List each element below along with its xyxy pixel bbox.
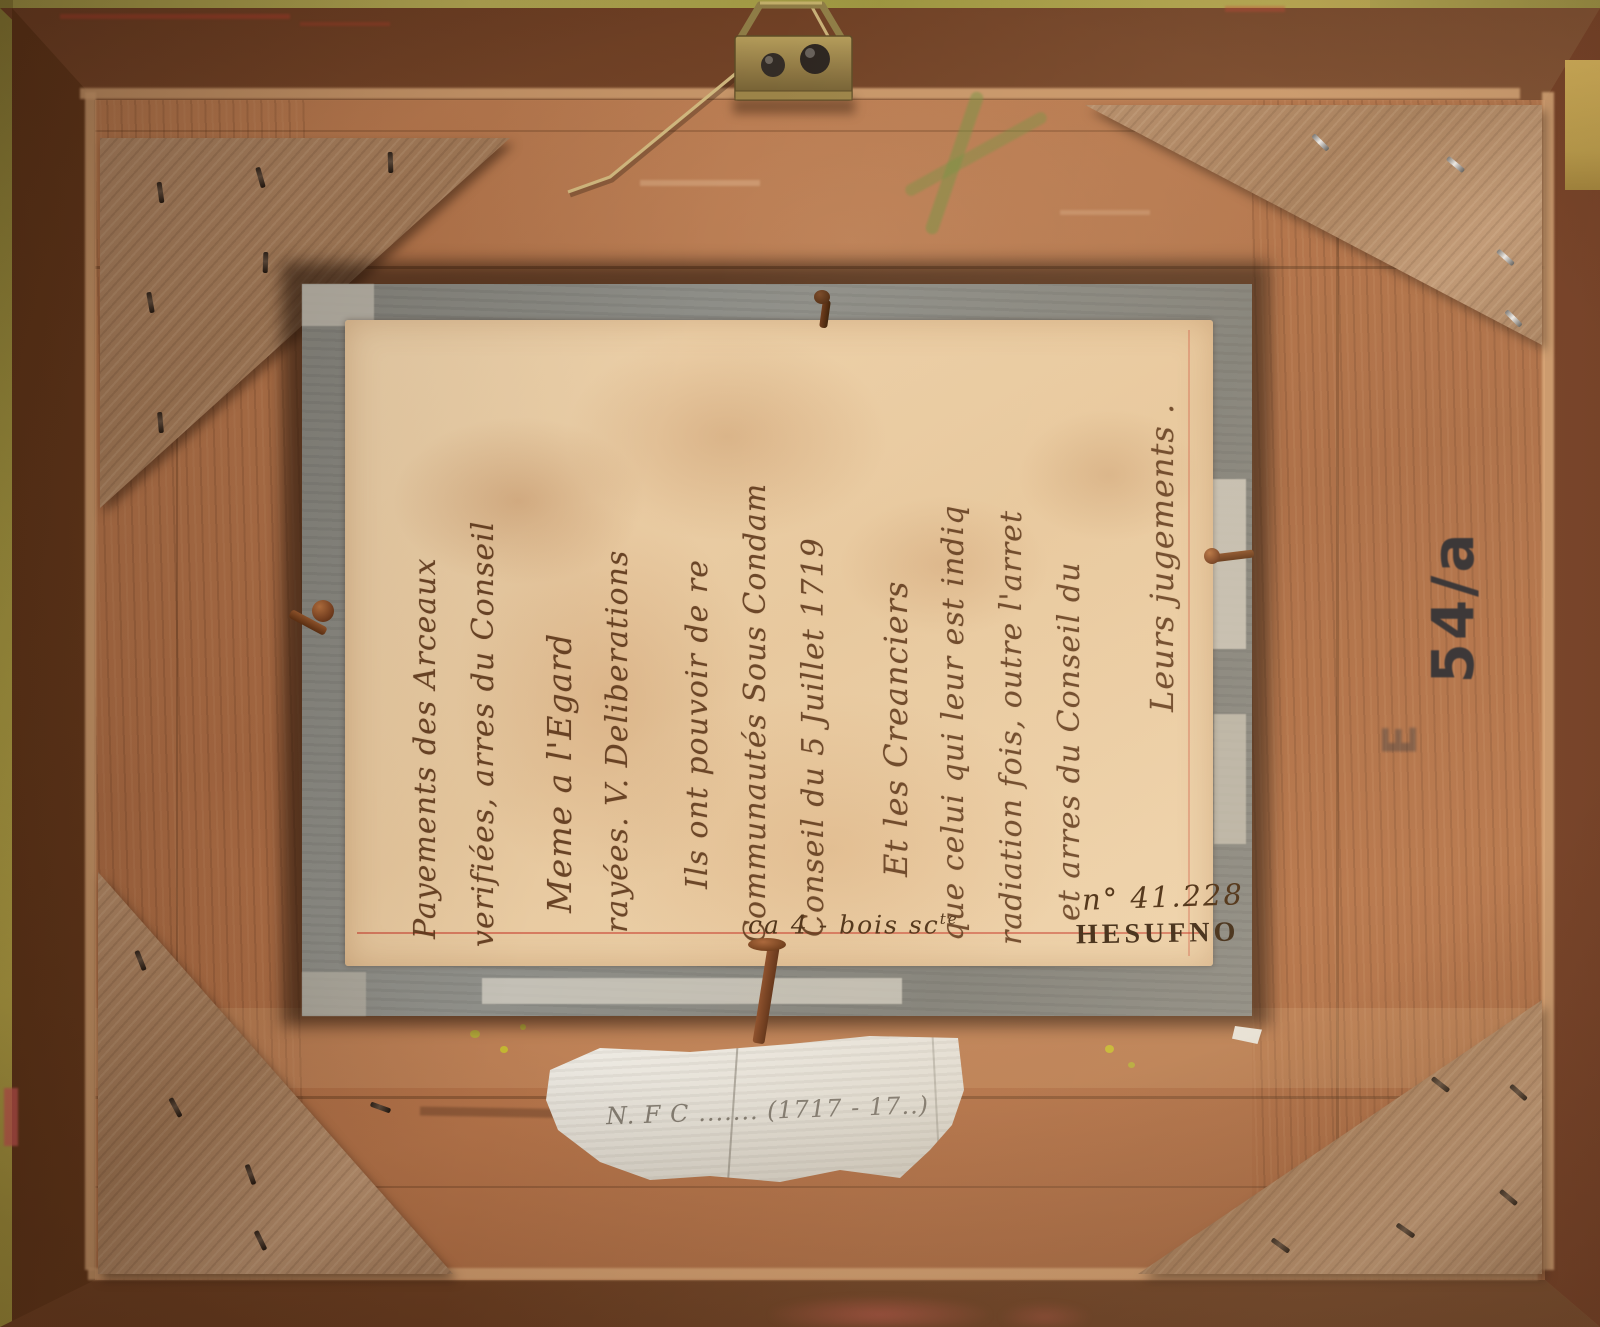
manuscript-line: Leurs jugements . bbox=[1136, 337, 1188, 712]
bevel-highlight-left bbox=[85, 92, 96, 1270]
bevel-highlight-right bbox=[1542, 92, 1554, 1270]
staple bbox=[388, 152, 394, 173]
note-superscript: te bbox=[940, 910, 959, 928]
mat-damage-patch bbox=[482, 978, 902, 1004]
nail-right bbox=[1204, 548, 1220, 564]
marker-inscription-number: 54/a bbox=[1393, 507, 1513, 707]
manuscript-line: que celui qui leur est indiq bbox=[928, 337, 980, 941]
moss-fleck bbox=[1128, 1062, 1135, 1068]
staple bbox=[263, 252, 269, 273]
hanger-screw-highlight bbox=[805, 48, 815, 58]
collection-stamp: HESUFNO bbox=[1076, 917, 1240, 952]
paint-smudge-red bbox=[770, 1296, 990, 1327]
label-inscription: N. F C ....... (1717 - 17..) bbox=[606, 1090, 967, 1131]
manuscript-line: verifiées, arres du Conseil bbox=[458, 337, 510, 947]
mounted-artwork-back: Payements des Arceaux verifiées, arres d… bbox=[292, 272, 1264, 1016]
nail-left bbox=[312, 600, 334, 622]
mat-damage-patch bbox=[302, 972, 366, 1016]
hanger-plate bbox=[735, 36, 852, 100]
nail-bottom bbox=[748, 938, 786, 951]
mat-damage-patch bbox=[1214, 714, 1246, 844]
red-paint-trace bbox=[1225, 6, 1285, 12]
manuscript-line: Et les Creanciers bbox=[870, 337, 922, 877]
manuscript-text: Payements des Arceaux verifiées, arres d… bbox=[400, 337, 1200, 947]
manuscript-line: Communautés Sous Condam bbox=[730, 337, 782, 943]
manuscript-line: et arres du Conseil du bbox=[1044, 337, 1096, 921]
red-paint-trace bbox=[60, 14, 290, 19]
picture-frame-back-photo: Payements des Arceaux verifiées, arres d… bbox=[0, 0, 1600, 1327]
inventory-number: n° 41.228 bbox=[1081, 877, 1244, 917]
manuscript-line: rayées. V. Deliberations bbox=[592, 337, 644, 933]
red-paint-trace bbox=[300, 22, 390, 26]
corner-brace-surface bbox=[1138, 1000, 1542, 1274]
gilt-patch bbox=[1565, 60, 1600, 190]
paint-smudge-pink bbox=[4, 1088, 18, 1146]
gilt-fleck bbox=[1290, 0, 1370, 8]
moss-fleck bbox=[470, 1030, 480, 1038]
hanger-screw-highlight bbox=[765, 56, 773, 64]
hanger-plate-foot bbox=[735, 91, 852, 100]
manuscript-line: Meme a l'Egard bbox=[534, 337, 586, 913]
hanger-screw bbox=[800, 44, 830, 74]
hanger-screw bbox=[761, 53, 785, 77]
paint-smudge-red bbox=[1000, 1302, 1090, 1327]
hanging-hardware bbox=[560, 0, 1040, 225]
nail-top bbox=[814, 290, 830, 304]
marker-inscription-letter: E bbox=[1365, 695, 1435, 785]
manuscript-line: radiation fois, outre l'arret bbox=[986, 337, 1038, 945]
hanging-wire bbox=[568, 70, 740, 192]
moss-fleck bbox=[1105, 1045, 1114, 1053]
handwritten-note-bottom: ca 4 - bois scte bbox=[748, 910, 959, 939]
moss-fleck bbox=[500, 1046, 508, 1053]
manuscript-line: Conseil du 5 Juillet 1719 bbox=[788, 337, 840, 937]
manuscript-line: Payements des Arceaux bbox=[400, 337, 452, 939]
manuscript-line: Ils ont pouvoir de re bbox=[672, 337, 724, 889]
note-text: ca 4 - bois sc bbox=[748, 910, 940, 939]
corner-brace-bottom-right bbox=[1138, 1000, 1542, 1274]
